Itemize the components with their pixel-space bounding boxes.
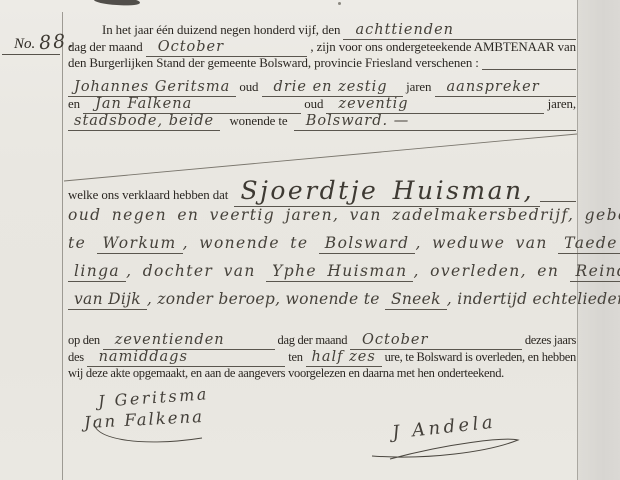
handwritten-text: te xyxy=(68,234,97,252)
handwritten-text: Workum xyxy=(97,234,183,254)
handwritten-text: Yphe Huisman xyxy=(266,262,413,282)
printed-text: en xyxy=(68,97,83,112)
handwritten-text: namiddags xyxy=(87,349,286,367)
ink-smudge xyxy=(94,0,140,6)
printed-text: jaren xyxy=(403,80,435,95)
handwritten-text: , weduwe van xyxy=(415,234,558,252)
document-line: In het jaar één duizend negen honderd vi… xyxy=(68,22,576,39)
handwritten-text: Taede Stal- xyxy=(558,234,620,254)
document-line: op den zeventienden dag der maand Octobe… xyxy=(68,332,576,349)
printed-text: dag der maand xyxy=(68,40,146,55)
blank-rule xyxy=(482,68,576,70)
document-line: des namiddags ten half zes ure, te Bolsw… xyxy=(68,349,576,366)
void-strikethrough-line xyxy=(64,134,577,181)
printed-text: oud xyxy=(301,97,326,112)
handwritten-text: Jan Falkena xyxy=(83,96,301,114)
record-number: No. 88. xyxy=(14,31,75,53)
handwritten-text: zeventig xyxy=(326,96,544,114)
record-number-underline xyxy=(2,54,60,55)
document-line: Johannes Geritsma oud drie en zestig jar… xyxy=(68,79,576,96)
blank-rule xyxy=(540,200,576,202)
handwritten-text: linga xyxy=(68,262,126,282)
printed-text: , zijn voor ons ondergeteekende AMBTENAA… xyxy=(307,40,576,55)
printed-text: dezes jaars xyxy=(522,333,576,348)
document-line: den Burgerlijken Stand der gemeente Bols… xyxy=(68,56,576,73)
left-margin-rule xyxy=(62,12,63,480)
handwritten-text: , indertijd echtelieden. — xyxy=(447,290,620,308)
record-number-label: No. xyxy=(14,36,35,52)
handwritten-text: , zonder beroep, wonende te xyxy=(147,290,385,308)
document-line: oud negen en veertig jaren, van zadelmak… xyxy=(68,206,576,234)
printed-text: des xyxy=(68,350,87,365)
document-line: en Jan Falkena oud zeventig jaren, xyxy=(68,96,576,113)
document-line: te Workum, wonende te Bolsward, weduwe v… xyxy=(68,234,576,262)
handwritten-text: aanspreker xyxy=(435,79,576,97)
printed-text: jaren, xyxy=(544,97,576,112)
document-line: wij deze akte opgemaakt, en aan de aange… xyxy=(68,366,576,383)
printed-text: oud xyxy=(236,80,261,95)
handwritten-text: Bolsward xyxy=(319,234,416,254)
handwritten-text: Johannes Geritsma xyxy=(68,79,236,97)
document-line: linga, dochter van Yphe Huisman, overled… xyxy=(68,262,576,290)
document-line: welke ons verklaard hebben dat Sjoerdtje… xyxy=(68,176,576,206)
signature-registrar: J Andela xyxy=(391,412,497,444)
handwritten-text: Sneek xyxy=(385,290,447,310)
printed-text: op den xyxy=(68,333,103,348)
printed-text: welke ons verklaard hebben dat xyxy=(68,188,234,203)
printed-text: wonende te xyxy=(220,114,294,129)
printed-text: ure, te Bolsward is overleden, en hebben xyxy=(382,350,576,365)
handwritten-text: achttienden xyxy=(343,22,576,40)
printed-text: ten xyxy=(285,350,305,365)
handwritten-text: Reindkje xyxy=(570,262,620,282)
closing-paragraph: op den zeventienden dag der maand Octobe… xyxy=(68,332,576,384)
handwritten-text: , overleden, en xyxy=(413,262,569,280)
handwritten-text: oud negen en veertig jaren, van zadelmak… xyxy=(68,206,620,224)
printed-text: den Burgerlijken Stand der gemeente Bols… xyxy=(68,56,482,71)
handwritten-text: van Dijk xyxy=(68,290,147,310)
opening-paragraph: In het jaar één duizend negen honderd vi… xyxy=(68,22,576,130)
handwritten-text: October xyxy=(146,39,308,57)
handwritten-text: Bolsward. — xyxy=(294,113,576,131)
printed-text: dag der maand xyxy=(275,333,350,348)
handwritten-text: stadsbode, beide xyxy=(68,113,220,131)
handwritten-text: drie en zestig xyxy=(262,79,403,97)
printed-text: In het jaar één duizend negen honderd vi… xyxy=(102,23,343,38)
document-line: van Dijk, zonder beroep, wonende te Snee… xyxy=(68,290,576,318)
handwritten-text: zeventienden xyxy=(103,332,275,350)
handwritten-text: , wonende te xyxy=(183,234,319,252)
document-line: stadsbode, beide wonende te Bolsward. — xyxy=(68,113,576,130)
ink-speck xyxy=(338,2,341,5)
declaration-paragraph: welke ons verklaard hebben dat Sjoerdtje… xyxy=(68,176,576,318)
handwritten-text: half zes xyxy=(306,349,382,367)
handwritten-text: October xyxy=(350,332,522,350)
printed-text: wij deze akte opgemaakt, en aan de aange… xyxy=(68,366,504,381)
handwritten-text: Sjoerdtje Huisman, xyxy=(234,176,540,207)
signature-declarant-2: Jan Falkena xyxy=(84,407,205,432)
document-line: dag der maand October , zijn voor ons on… xyxy=(68,39,576,56)
death-record-document: No. 88. In het jaar één duizend negen ho… xyxy=(0,0,620,480)
handwritten-text: , dochter van xyxy=(126,262,266,280)
